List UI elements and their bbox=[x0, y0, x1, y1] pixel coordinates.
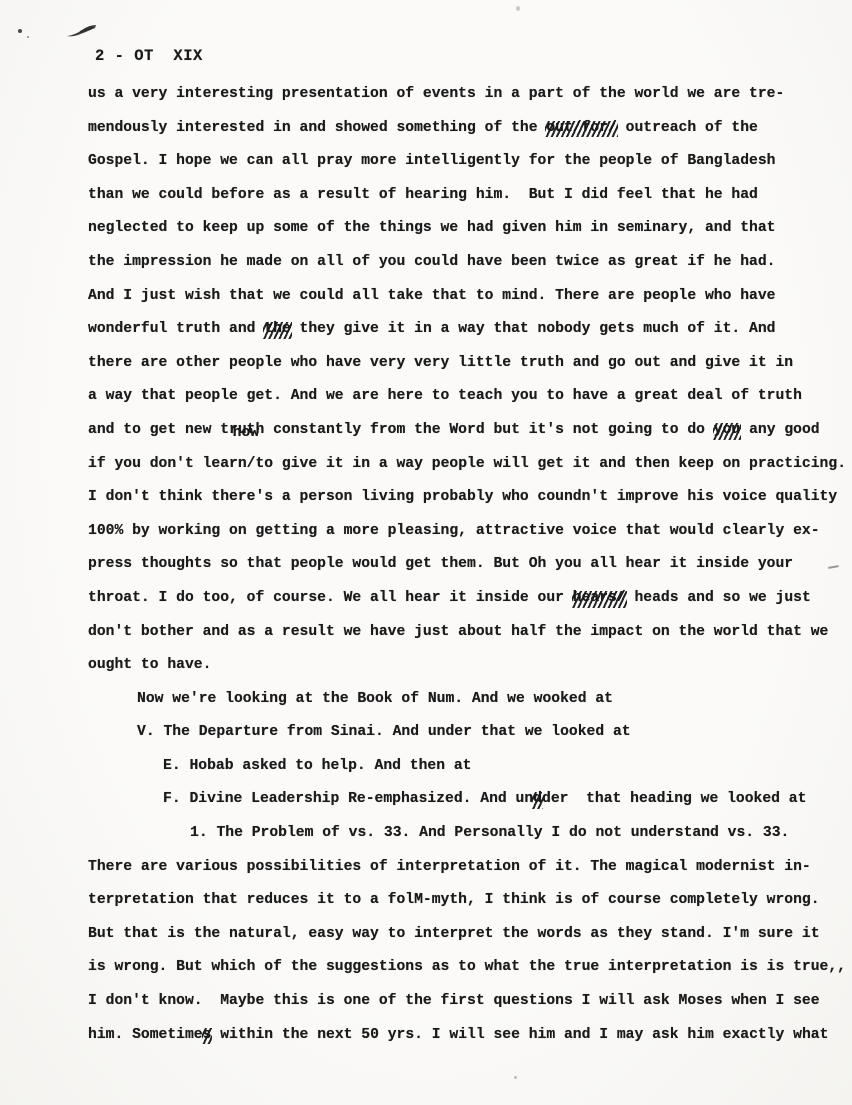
text-segment: us a very interesting presentation of ev… bbox=[88, 86, 784, 102]
text-segment: him. Sometime bbox=[88, 1027, 203, 1043]
struck-out-text: hears/ bbox=[573, 582, 626, 616]
pencil-dot-mark bbox=[18, 29, 22, 33]
text-segment: wonderful truth and bbox=[88, 321, 264, 337]
text-line: is wrong. But which of the suggestions a… bbox=[88, 951, 846, 985]
document-page: 2 - OT XIX us a very interesting present… bbox=[0, 0, 852, 1105]
text-line: and to get new truth constantly from the… bbox=[88, 414, 846, 448]
text-line: 1. The Problem of vs. 33. And Personally… bbox=[88, 817, 846, 851]
text-line: There are various possibilities of inter… bbox=[88, 851, 846, 885]
text-line: if you don't learnhow/to give it in a wa… bbox=[88, 448, 846, 482]
inserted-word: how bbox=[233, 426, 259, 440]
text-line: But that is the natural, easy way to int… bbox=[88, 918, 846, 952]
text-segment: der that heading we looked at bbox=[542, 791, 806, 807]
text-segment: outreach of the bbox=[617, 120, 758, 136]
text-segment: V. The Departure from Sinai. And under t… bbox=[137, 724, 631, 740]
text-segment: press thoughts so that people would get … bbox=[88, 556, 793, 572]
text-segment: throat. I do too, of course. We all hear… bbox=[88, 590, 573, 606]
text-segment: And I just wish that we could all take t… bbox=[88, 288, 776, 304]
text-lines: us a very interesting presentation of ev… bbox=[88, 78, 846, 1052]
text-line: I don't know. Maybe this is one of the f… bbox=[88, 985, 846, 1019]
struck-out-text: s bbox=[203, 1019, 212, 1053]
text-segment: 100% by working on getting a more pleasi… bbox=[88, 523, 820, 539]
page-header: 2 - OT XIX bbox=[95, 47, 203, 65]
text-line: F. Divine Leadership Re-emphasized. And … bbox=[88, 783, 846, 817]
text-segment: is wrong. But which of the suggestions a… bbox=[88, 959, 846, 975]
text-line: neglected to keep up some of the things … bbox=[88, 212, 846, 246]
text-line: Gospel. I hope we can all pray more inte… bbox=[88, 145, 846, 179]
text-line: ought to have. bbox=[88, 649, 846, 683]
text-segment: Gospel. I hope we can all pray more inte… bbox=[88, 153, 776, 169]
text-segment: E. Hobab asked to help. And then at bbox=[163, 758, 472, 774]
text-segment: ought to have. bbox=[88, 657, 211, 673]
text-segment: /to give it in a way people will get it … bbox=[247, 456, 846, 472]
text-segment: the impression he made on all of you cou… bbox=[88, 254, 776, 270]
text-segment: There are various possibilities of inter… bbox=[88, 859, 811, 875]
text-line: terpretation that reduces it to a folM-m… bbox=[88, 884, 846, 918]
text-line: Now we're looking at the Book of Num. An… bbox=[88, 683, 846, 717]
text-segment: don't bother and as a result we have jus… bbox=[88, 624, 828, 640]
text-segment: 1. The Problem of vs. 33. And Personally… bbox=[190, 825, 789, 841]
text-segment: mendously interested in and showed somet… bbox=[88, 120, 546, 136]
text-segment: terpretation that reduces it to a folM-m… bbox=[88, 892, 820, 908]
struck-out-text: out/for/ bbox=[546, 112, 617, 146]
text-segment: neglected to keep up some of the things … bbox=[88, 220, 776, 236]
text-segment: But that is the natural, easy way to int… bbox=[88, 926, 820, 942]
struck-out-text: the bbox=[264, 313, 290, 347]
scan-speck-bottom bbox=[514, 1076, 517, 1079]
text-line: than we could before as a result of hear… bbox=[88, 179, 846, 213]
text-segment: heads and so we just bbox=[626, 590, 811, 606]
text-segment: than we could before as a result of hear… bbox=[88, 187, 758, 203]
text-segment: I don't think there's a person living pr… bbox=[88, 489, 837, 505]
text-line: V. The Departure from Sinai. And under t… bbox=[88, 716, 846, 750]
text-line: And I just wish that we could all take t… bbox=[88, 280, 846, 314]
text-segment: and to get new truth constantly from the… bbox=[88, 422, 714, 438]
text-line: throat. I do too, of course. We all hear… bbox=[88, 582, 846, 616]
struck-out-text: d bbox=[533, 783, 542, 817]
text-segment: if you don't learn bbox=[88, 456, 247, 472]
text-line: wonderful truth and the they give it in … bbox=[88, 313, 846, 347]
pencil-swoosh-mark bbox=[66, 24, 98, 44]
text-line: him. Sometimes within the next 50 yrs. I… bbox=[88, 1019, 846, 1053]
text-segment: F. Divine Leadership Re-emphasized. And … bbox=[163, 791, 533, 807]
text-line: a way that people get. And we are here t… bbox=[88, 380, 846, 414]
text-segment: there are other people who have very ver… bbox=[88, 355, 793, 371]
text-line: there are other people who have very ver… bbox=[88, 347, 846, 381]
text-segment: within the next 50 yrs. I will see him a… bbox=[211, 1027, 828, 1043]
scan-speck-top bbox=[516, 6, 520, 11]
text-segment: Now we're looking at the Book of Num. An… bbox=[137, 691, 613, 707]
text-line: I don't think there's a person living pr… bbox=[88, 481, 846, 515]
text-segment: any good bbox=[740, 422, 819, 438]
text-line: E. Hobab asked to help. And then at bbox=[88, 750, 846, 784]
text-segment: a way that people get. And we are here t… bbox=[88, 388, 802, 404]
text-line: mendously interested in and showed somet… bbox=[88, 112, 846, 146]
text-segment: I don't know. Maybe this is one of the f… bbox=[88, 993, 820, 1009]
text-line: 100% by working on getting a more pleasi… bbox=[88, 515, 846, 549]
text-line: us a very interesting presentation of ev… bbox=[88, 78, 846, 112]
struck-out-text: you bbox=[714, 414, 740, 448]
text-line: the impression he made on all of you cou… bbox=[88, 246, 846, 280]
text-segment: they give it in a way that nobody gets m… bbox=[291, 321, 776, 337]
text-line: don't bother and as a result we have jus… bbox=[88, 616, 846, 650]
text-line: press thoughts so that people would get … bbox=[88, 548, 846, 582]
